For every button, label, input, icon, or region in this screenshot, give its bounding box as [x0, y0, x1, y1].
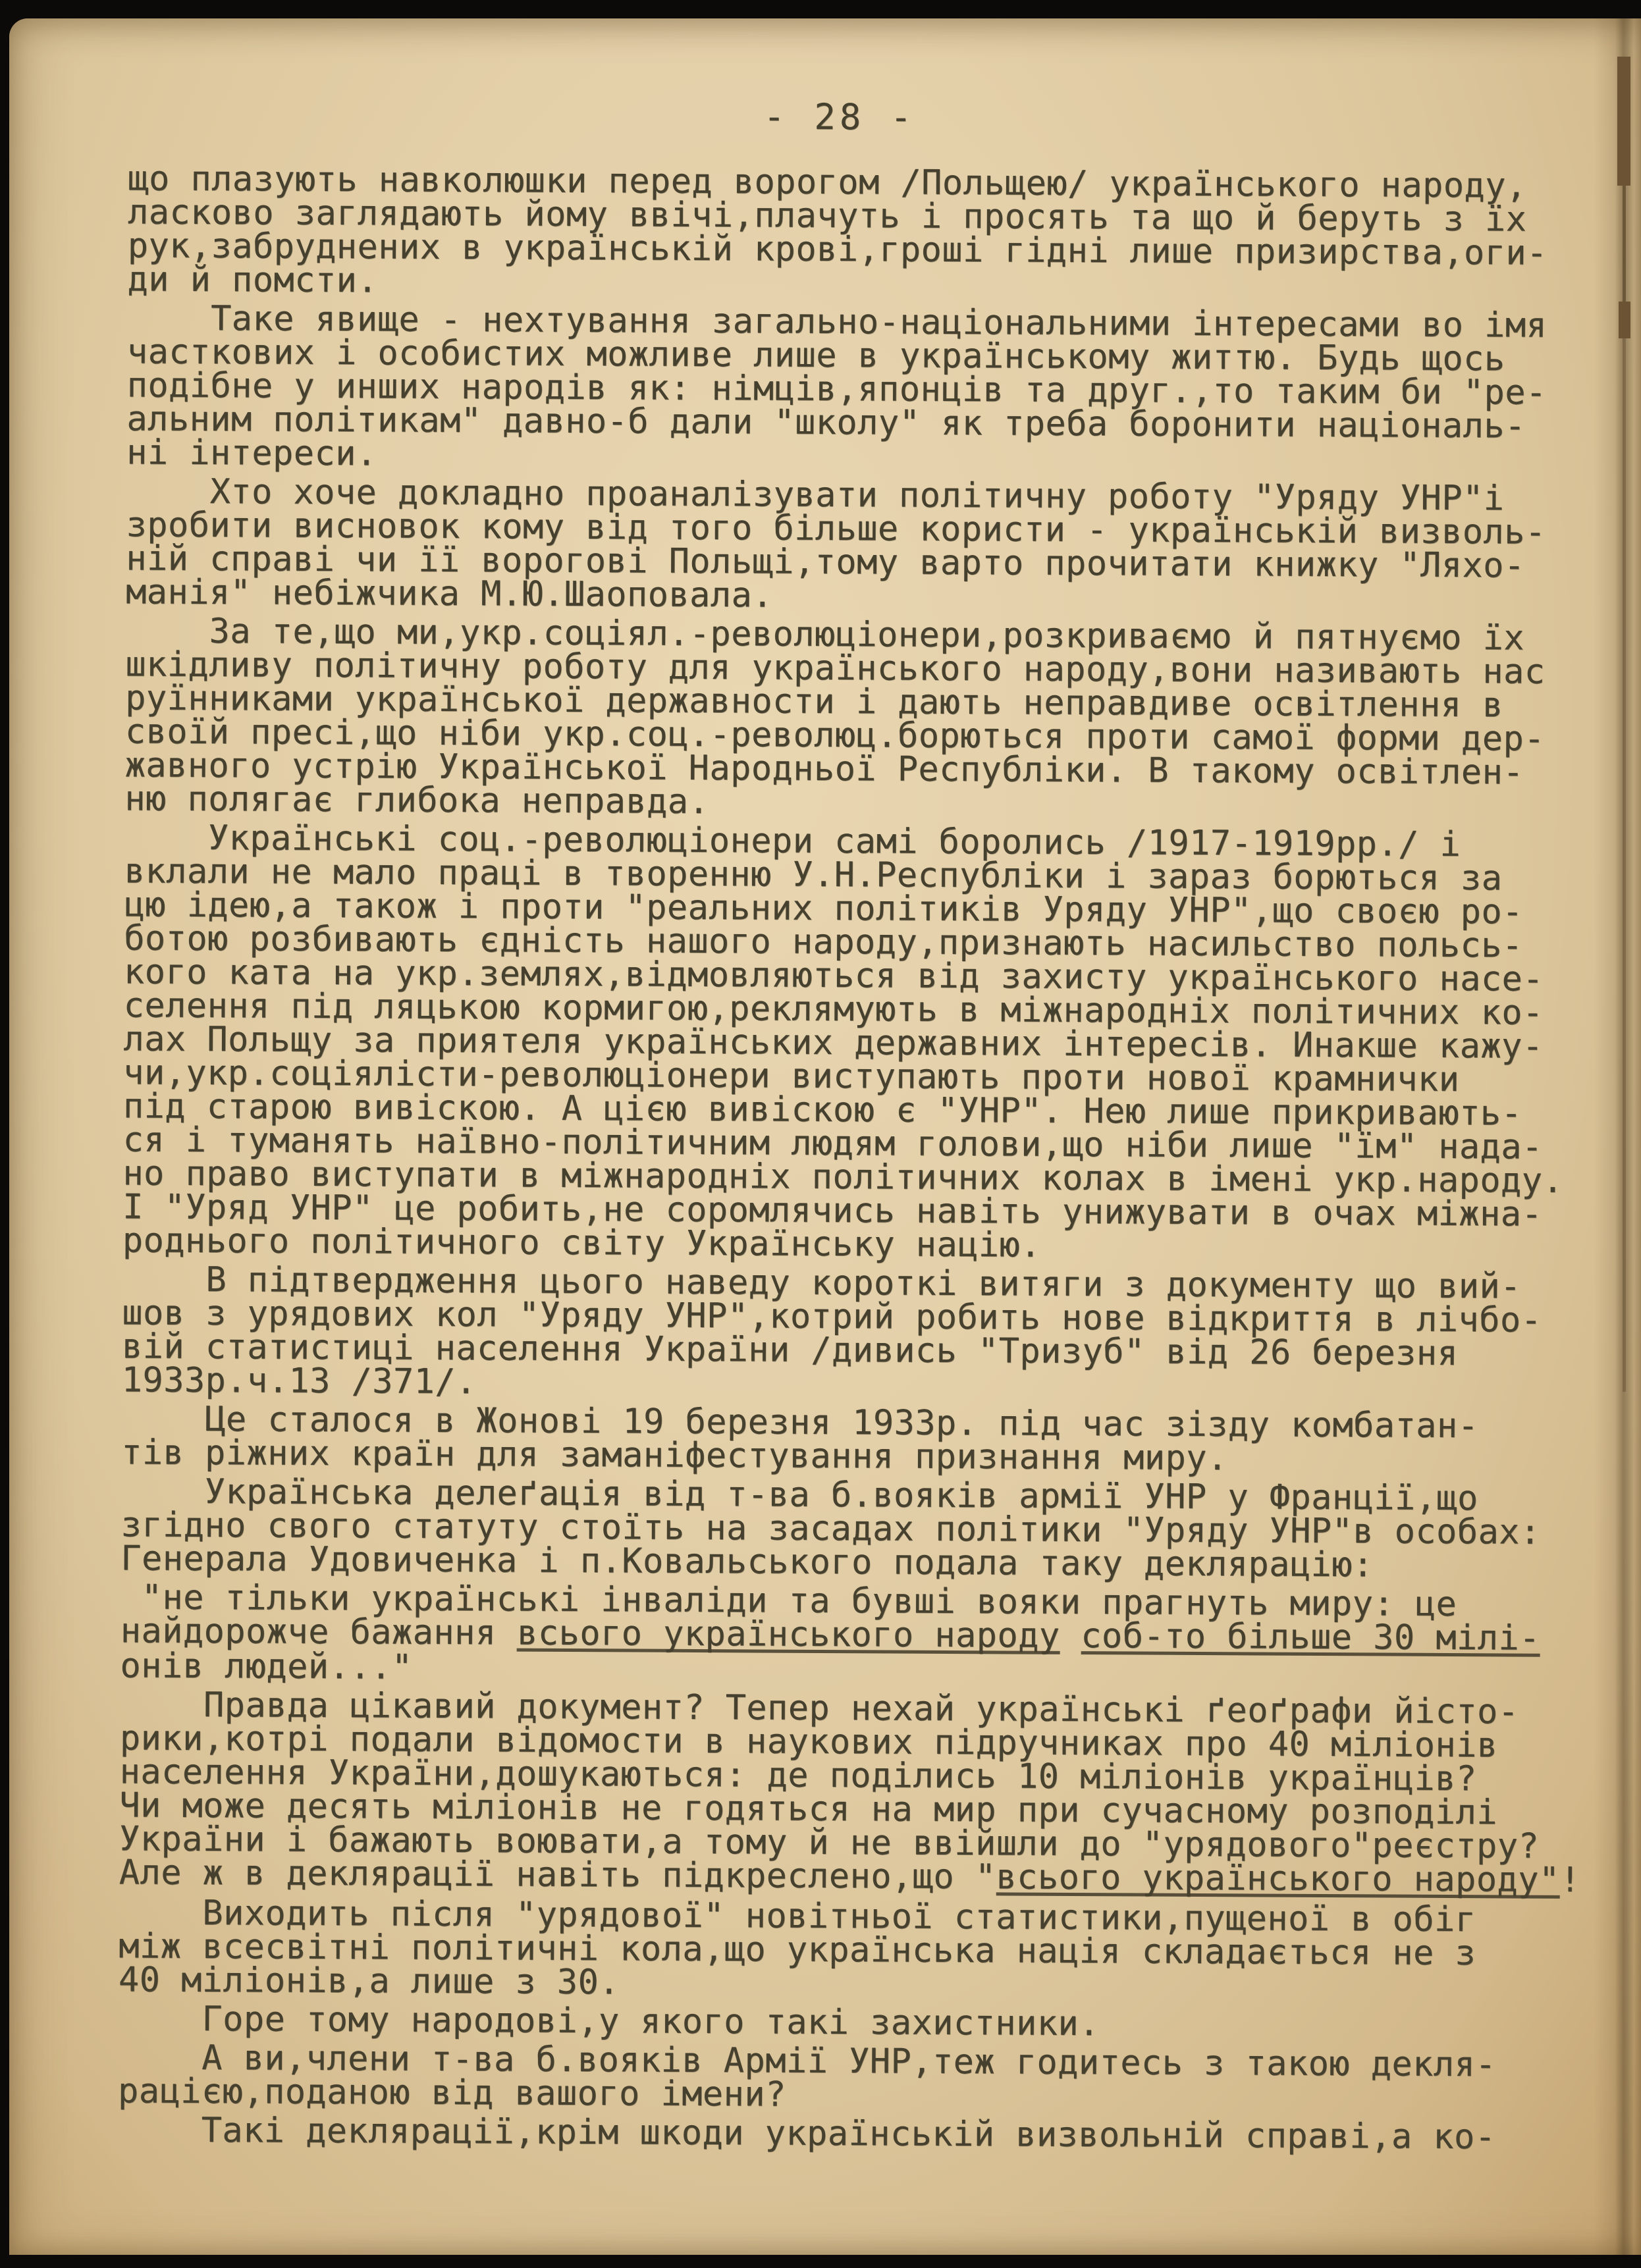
paragraph: Виходить після "урядової" новітньої стат…: [119, 1896, 1588, 2005]
text-segment: !: [1559, 1860, 1580, 1900]
text-block: що плазують навколюшки перед ворогом /По…: [118, 162, 1597, 2160]
underlined-text: всього українського народу": [996, 1862, 1559, 1898]
paragraph: Це сталося в Жонові 19 березня 1933р. пі…: [121, 1402, 1590, 1477]
paragraph: Такі деклярації,крім шкоди українській в…: [118, 2113, 1586, 2155]
scanned-document-page: { "page": { "number": "- 28 -" }, "color…: [0, 0, 1641, 2268]
paragraph: Хто хоче докладно проаналізувати політич…: [126, 475, 1595, 617]
paragraph: Таке явище - нехтування загально-націона…: [126, 302, 1596, 477]
text-line: Генерала Удовиченка і п.Ковальського под…: [121, 1542, 1589, 1583]
paragraph: що плазують навколюшки перед ворогом /По…: [127, 162, 1596, 304]
page-number: - 28 -: [128, 92, 1551, 141]
paragraph: А ви,члени т-ва б.вояків Армії УНР,теж г…: [118, 2041, 1587, 2116]
text-line: Такі деклярації,крім шкоди українській в…: [118, 2113, 1586, 2155]
paragraph: "не тільки українські інваліди та бувші …: [120, 1581, 1589, 1691]
underlined-text: всього українського народу: [517, 1618, 1060, 1654]
page-content: - 28 - що плазують навколюшки перед воро…: [0, 0, 1641, 2268]
paragraph: За те,що ми,укр.соціял.-революціонери,ро…: [124, 614, 1594, 824]
text-line: Але ж в деклярації навіть підкреслено,що…: [119, 1856, 1588, 1899]
paragraph: Правда цікавий документ? Тепер нехай укр…: [119, 1688, 1589, 1899]
paragraph: Горе тому народові,у якого такі захистни…: [119, 2002, 1587, 2044]
paragraph: В підтвердження цього наведу короткі вит…: [122, 1263, 1591, 1405]
paragraph: Українські соц.-революціонери самі борол…: [122, 821, 1593, 1265]
text-segment: [1060, 1616, 1081, 1656]
paragraph: Українська делеґація від т-ва б.вояків а…: [121, 1475, 1590, 1583]
text-segment: Але ж в деклярації навіть підкреслено,що…: [119, 1853, 996, 1897]
text-line: Горе тому народові,у якого такі захистни…: [119, 2002, 1587, 2044]
underlined-text: соб-то більше 30 мілі-: [1081, 1621, 1540, 1657]
